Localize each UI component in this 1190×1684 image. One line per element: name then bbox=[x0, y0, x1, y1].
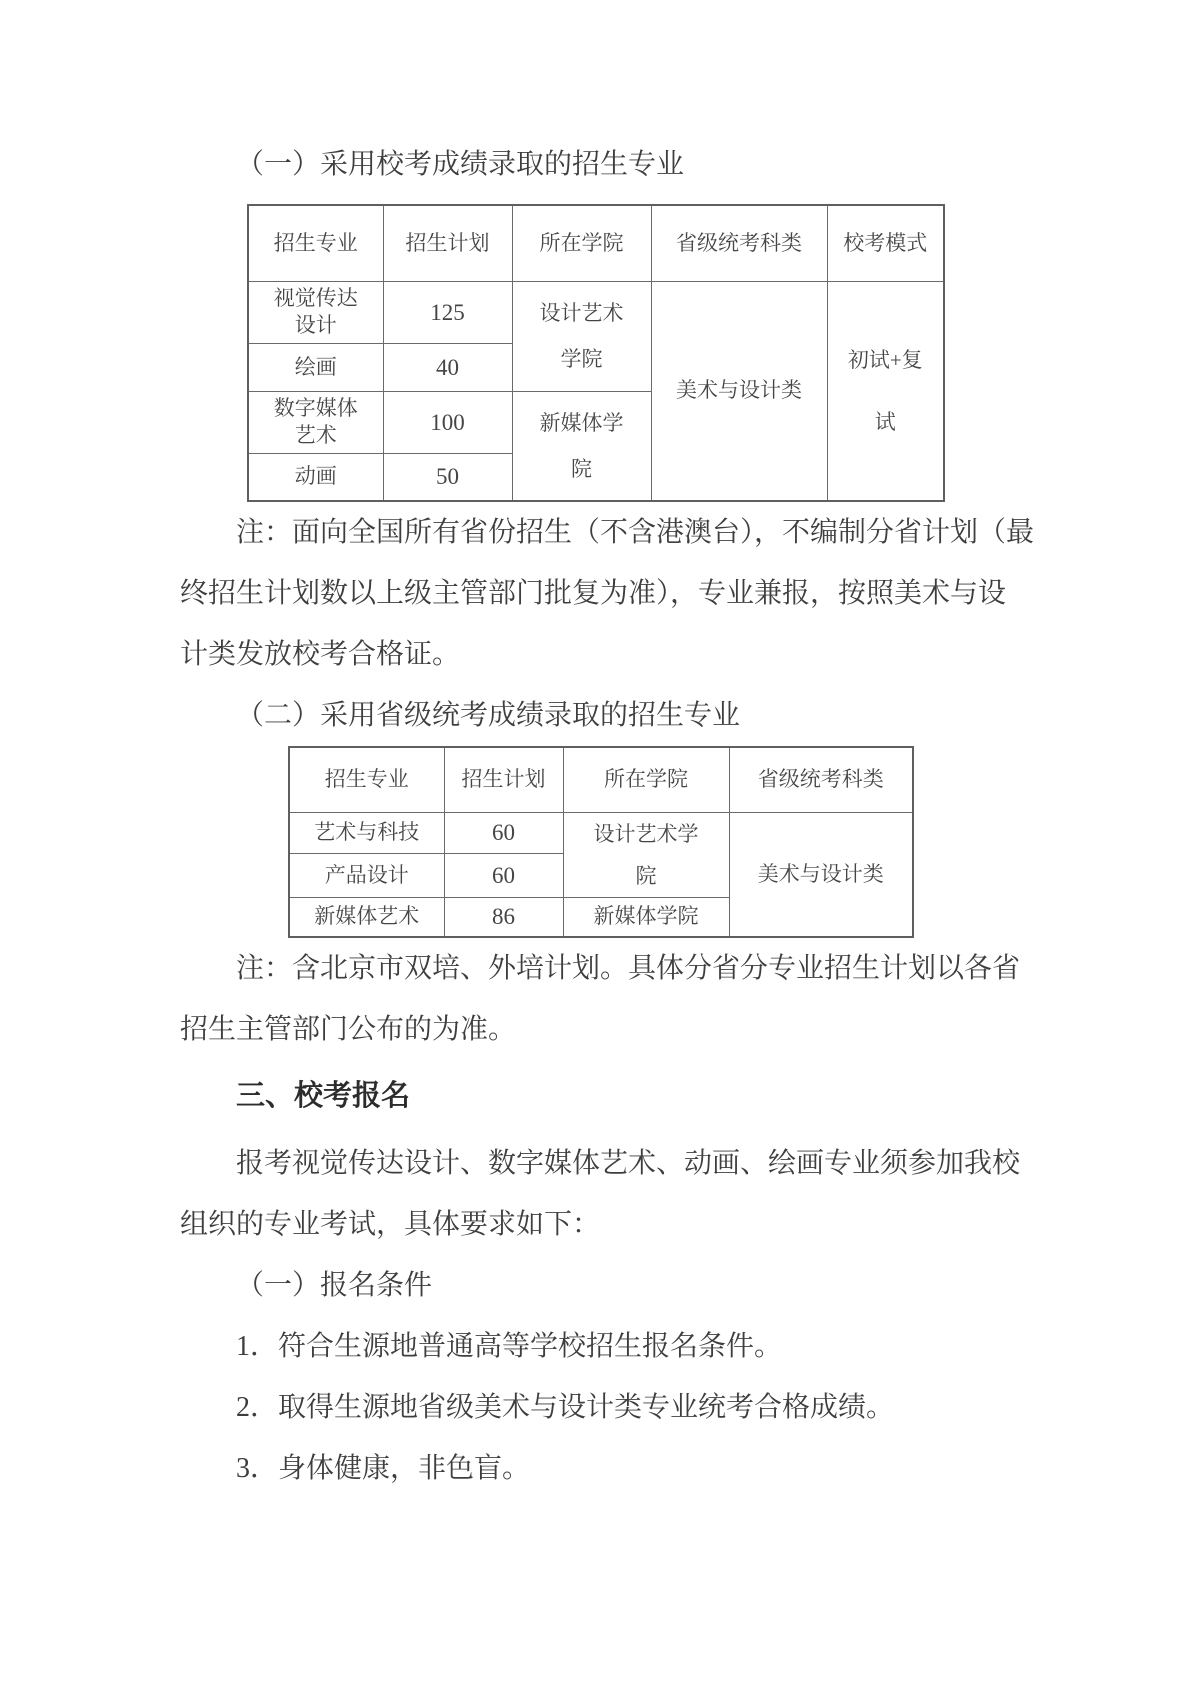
section1-heading: （一）采用校考成绩录取的招生专业 bbox=[180, 134, 1020, 195]
cell-major: 动画 bbox=[248, 453, 383, 501]
cell-major: 数字媒体艺术 bbox=[248, 391, 383, 453]
cell-plan: 60 bbox=[444, 812, 563, 854]
cell-college-new-media: 新媒体学院 bbox=[563, 897, 729, 937]
cell-major: 产品设计 bbox=[289, 854, 444, 897]
table-row: 视觉传达设计 125 设计艺术学院 美术与设计类 初试+复试 bbox=[248, 281, 944, 343]
note-line: 招生主管部门公布的为准。 bbox=[180, 999, 1020, 1060]
header-college: 所在学院 bbox=[563, 747, 729, 812]
section3-sub-heading: （一）报名条件 bbox=[180, 1255, 1020, 1316]
note-line: 计类发放校考合格证。 bbox=[180, 624, 1020, 685]
cell-exam-category: 美术与设计类 bbox=[651, 281, 827, 501]
cell-plan: 100 bbox=[383, 391, 512, 453]
section2-heading: （二）采用省级统考成绩录取的招生专业 bbox=[180, 685, 1020, 746]
section2-note: 注：含北京市双培、外培计划。具体分省分专业招生计划以各省 招生主管部门公布的为准… bbox=[180, 938, 1020, 1060]
cell-major: 绘画 bbox=[248, 343, 383, 391]
header-plan: 招生计划 bbox=[444, 747, 563, 812]
table-row: 艺术与科技 60 设计艺术学院 美术与设计类 bbox=[289, 812, 913, 854]
cell-exam-category: 美术与设计类 bbox=[729, 812, 913, 937]
header-provincial-exam-category: 省级统考科类 bbox=[729, 747, 913, 812]
section1-note: 注：面向全国所有省份招生（不含港澳台），不编制分省计划（最 终招生计划数以上级主… bbox=[180, 502, 1020, 685]
section3-heading: 三、校考报名 bbox=[180, 1066, 1020, 1127]
note-line: 注：面向全国所有省份招生（不含港澳台），不编制分省计划（最 bbox=[180, 502, 1020, 563]
table-header-row: 招生专业 招生计划 所在学院 省级统考科类 bbox=[289, 747, 913, 812]
cell-college-design-art: 设计艺术学院 bbox=[563, 812, 729, 897]
header-major: 招生专业 bbox=[248, 205, 383, 281]
header-plan: 招生计划 bbox=[383, 205, 512, 281]
requirement-list: 1．符合生源地普通高等学校招生报名条件。 2．取得生源地省级美术与设计类专业统考… bbox=[180, 1316, 1020, 1499]
header-major: 招生专业 bbox=[289, 747, 444, 812]
cell-plan: 86 bbox=[444, 897, 563, 937]
intro-line: 组织的专业考试，具体要求如下： bbox=[180, 1194, 1020, 1255]
cell-college-new-media: 新媒体学院 bbox=[512, 391, 651, 501]
section3-intro: 报考视觉传达设计、数字媒体艺术、动画、绘画专业须参加我校 组织的专业考试，具体要… bbox=[180, 1133, 1020, 1255]
cell-exam-mode: 初试+复试 bbox=[827, 281, 944, 501]
cell-plan: 60 bbox=[444, 854, 563, 897]
note-line: 注：含北京市双培、外培计划。具体分省分专业招生计划以各省 bbox=[180, 938, 1020, 999]
cell-college-design-art: 设计艺术学院 bbox=[512, 281, 651, 391]
cell-plan: 40 bbox=[383, 343, 512, 391]
note-line: 终招生计划数以上级主管部门批复为准），专业兼报，按照美术与设 bbox=[180, 563, 1020, 624]
cell-major: 视觉传达设计 bbox=[248, 281, 383, 343]
cell-plan: 50 bbox=[383, 453, 512, 501]
school-exam-admission-table: 招生专业 招生计划 所在学院 省级统考科类 校考模式 视觉传达设计 125 设计… bbox=[247, 204, 945, 502]
list-item: 2．取得生源地省级美术与设计类专业统考合格成绩。 bbox=[180, 1377, 1020, 1438]
table-header-row: 招生专业 招生计划 所在学院 省级统考科类 校考模式 bbox=[248, 205, 944, 281]
cell-major: 艺术与科技 bbox=[289, 812, 444, 854]
list-item: 1．符合生源地普通高等学校招生报名条件。 bbox=[180, 1316, 1020, 1377]
header-school-exam-mode: 校考模式 bbox=[827, 205, 944, 281]
cell-major: 新媒体艺术 bbox=[289, 897, 444, 937]
document-page: （一）采用校考成绩录取的招生专业 招生专业 招生计划 所在学院 省级统考科类 校… bbox=[0, 0, 1190, 1684]
cell-plan: 125 bbox=[383, 281, 512, 343]
intro-line: 报考视觉传达设计、数字媒体艺术、动画、绘画专业须参加我校 bbox=[180, 1133, 1020, 1194]
header-provincial-exam-category: 省级统考科类 bbox=[651, 205, 827, 281]
list-item: 3．身体健康，非色盲。 bbox=[180, 1438, 1020, 1499]
header-college: 所在学院 bbox=[512, 205, 651, 281]
provincial-exam-admission-table: 招生专业 招生计划 所在学院 省级统考科类 艺术与科技 60 设计艺术学院 美术… bbox=[288, 746, 914, 938]
